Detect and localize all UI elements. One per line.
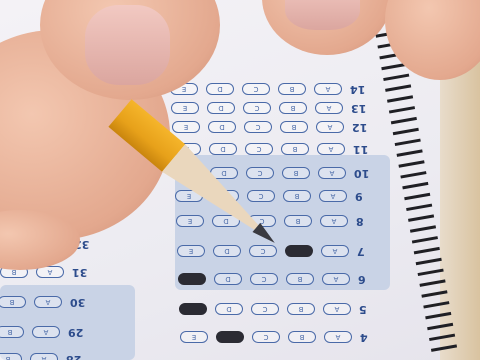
- question-number: 12: [352, 121, 370, 134]
- question-number: 13: [351, 102, 369, 115]
- bubble-c[interactable]: C: [242, 83, 270, 95]
- bubble-b[interactable]: B: [0, 326, 24, 338]
- bubble-c[interactable]: C: [244, 121, 272, 133]
- question-number: 9: [355, 190, 373, 203]
- bubble-b[interactable]: B: [287, 303, 315, 315]
- timing-mark: [404, 193, 430, 200]
- answer-row: CBA30: [0, 295, 88, 309]
- question-number: 4: [360, 331, 378, 344]
- bubble-b[interactable]: B: [288, 331, 316, 343]
- thumbnail: [85, 5, 170, 85]
- timing-mark: [431, 344, 457, 351]
- timing-mark: [414, 247, 440, 254]
- question-number: 7: [357, 245, 375, 258]
- bubble-d[interactable]: D: [208, 121, 236, 133]
- answer-row: EDCBA14: [170, 82, 368, 96]
- bubble-e[interactable]: E: [172, 121, 200, 133]
- bubble-e[interactable]: E: [179, 303, 207, 315]
- timing-mark: [383, 74, 409, 81]
- answer-row: EDCBA13: [171, 101, 369, 115]
- bubble-a[interactable]: A: [314, 83, 342, 95]
- timing-mark: [423, 301, 449, 308]
- timing-mark: [389, 106, 415, 113]
- bubble-e[interactable]: E: [171, 102, 199, 114]
- bubble-b[interactable]: B: [278, 83, 306, 95]
- bubble-a[interactable]: A: [34, 296, 62, 308]
- timing-mark: [410, 225, 436, 232]
- bubble-a[interactable]: A: [317, 143, 345, 155]
- bubble-a[interactable]: A: [318, 167, 346, 179]
- timing-mark: [402, 182, 428, 189]
- bubble-d[interactable]: D: [215, 303, 243, 315]
- bubble-c[interactable]: C: [252, 331, 280, 343]
- timing-mark: [406, 204, 432, 211]
- bubble-d[interactable]: D: [209, 143, 237, 155]
- timing-mark: [425, 312, 451, 319]
- bubble-e[interactable]: E: [177, 245, 205, 257]
- bubble-e[interactable]: E: [180, 331, 208, 343]
- timing-mark: [391, 117, 417, 124]
- photo-scene: EDCBA14EDCBA13EDCBA12EDCBA11EDCBA10EDCBA…: [0, 0, 480, 360]
- bubble-c[interactable]: C: [251, 303, 279, 315]
- bubble-b[interactable]: B: [282, 167, 310, 179]
- bubble-a[interactable]: A: [324, 331, 352, 343]
- bubble-b[interactable]: B: [286, 273, 314, 285]
- bubble-a[interactable]: A: [30, 353, 58, 360]
- timing-mark: [387, 95, 413, 102]
- bubble-a[interactable]: A: [316, 121, 344, 133]
- timing-mark: [412, 236, 438, 243]
- timing-mark: [385, 84, 411, 91]
- timing-mark: [398, 160, 424, 167]
- bubble-d[interactable]: D: [206, 83, 234, 95]
- bubble-b[interactable]: B: [279, 102, 307, 114]
- question-number: 10: [354, 167, 372, 180]
- answer-row: EDCBA11: [173, 142, 371, 156]
- answer-row: EDCBA12: [172, 120, 370, 134]
- answer-row: CBA28: [0, 352, 84, 360]
- question-number: 31: [72, 266, 90, 279]
- question-number: 29: [68, 326, 86, 339]
- timing-mark: [395, 139, 421, 146]
- bubble-d[interactable]: D: [213, 245, 241, 257]
- timing-mark: [408, 214, 434, 221]
- bubble-c[interactable]: C: [243, 102, 271, 114]
- bubble-a[interactable]: A: [321, 245, 349, 257]
- bubble-b[interactable]: B: [280, 121, 308, 133]
- bubble-b[interactable]: B: [285, 245, 313, 257]
- bubble-b[interactable]: B: [281, 143, 309, 155]
- timing-mark: [429, 334, 455, 341]
- timing-mark: [419, 279, 445, 286]
- bubble-e[interactable]: E: [176, 215, 204, 227]
- answer-row: EDCBA5: [179, 302, 377, 316]
- bubble-d[interactable]: D: [216, 331, 244, 343]
- timing-mark: [393, 128, 419, 135]
- bubble-a[interactable]: A: [315, 102, 343, 114]
- answer-row: EDCBA4: [180, 330, 378, 344]
- timing-mark: [416, 258, 442, 265]
- timing-mark: [421, 290, 447, 297]
- bubble-b[interactable]: B: [0, 353, 22, 360]
- bubble-b[interactable]: B: [284, 215, 312, 227]
- question-number: 6: [358, 273, 376, 286]
- timing-mark: [397, 149, 423, 156]
- question-number: 30: [70, 296, 88, 309]
- bubble-c[interactable]: C: [246, 167, 274, 179]
- answer-row: CBA29: [0, 325, 86, 339]
- bubble-a[interactable]: A: [320, 215, 348, 227]
- bubble-b[interactable]: B: [283, 190, 311, 202]
- timing-mark: [418, 269, 444, 276]
- question-number: 28: [66, 353, 84, 360]
- fingernail: [285, 0, 360, 30]
- bubble-d[interactable]: D: [214, 273, 242, 285]
- answer-row: EDCBA6: [178, 272, 376, 286]
- bubble-c[interactable]: C: [250, 273, 278, 285]
- question-number: 11: [353, 143, 371, 156]
- bubble-a[interactable]: A: [319, 190, 347, 202]
- question-number: 14: [350, 83, 368, 96]
- bubble-c[interactable]: C: [245, 143, 273, 155]
- bubble-a[interactable]: A: [322, 273, 350, 285]
- question-number: 8: [356, 215, 374, 228]
- timing-mark: [400, 171, 426, 178]
- bubble-a[interactable]: A: [32, 326, 60, 338]
- bubble-b[interactable]: B: [0, 296, 26, 308]
- question-number: 5: [359, 303, 377, 316]
- bubble-d[interactable]: D: [207, 102, 235, 114]
- bubble-e[interactable]: E: [178, 273, 206, 285]
- timing-mark: [427, 323, 453, 330]
- bubble-a[interactable]: A: [323, 303, 351, 315]
